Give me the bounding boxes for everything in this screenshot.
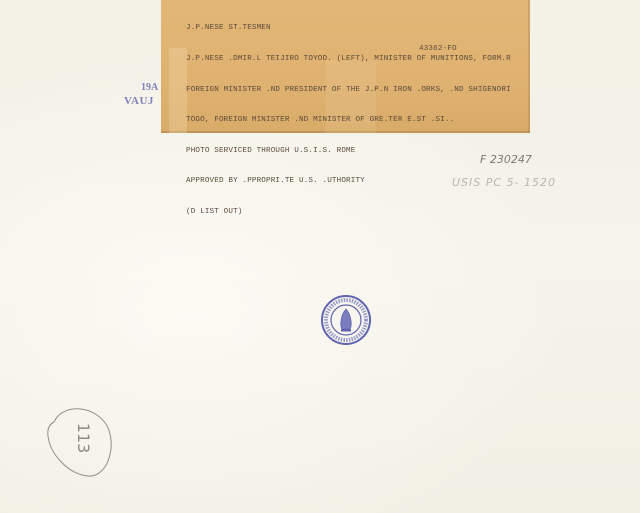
seal-emblem-icon: [320, 294, 372, 346]
typed-caption: J.P.NESE ST.TESMEN J.P.NESE .DMIR.L TEIJ…: [186, 3, 511, 238]
pencil-usis-code: USIS PC 5- 1520: [452, 176, 556, 189]
stamp-small: 19A: [141, 82, 158, 93]
caption-line: J.P.NESE .DMIR.L TEIJIRO TOYOD. (LEFT), …: [186, 54, 511, 64]
caption-line: (D LIST OUT): [186, 207, 511, 217]
pencil-oval-icon: 113: [44, 402, 120, 478]
circled-pencil-number: 113: [44, 402, 120, 478]
caption-line: PHOTO SERVICED THROUGH U.S.I.S. ROME: [186, 146, 511, 156]
stamp-large: VAUJ: [124, 95, 154, 107]
caption-line: FOREIGN MINISTER .ND PRESIDENT OF THE J.…: [186, 85, 511, 95]
pencil-reference-number: F 230247: [480, 153, 532, 166]
caption-reference-code: 43362-FO: [419, 44, 457, 54]
caption-line: J.P.NESE ST.TESMEN: [186, 23, 511, 33]
label-fold-mark: [169, 48, 187, 133]
ink-seal: [320, 294, 372, 346]
circled-number-text: 113: [74, 423, 93, 454]
caption-line: TOGO, FOREIGN MINISTER .ND MINISTER OF G…: [186, 115, 511, 125]
